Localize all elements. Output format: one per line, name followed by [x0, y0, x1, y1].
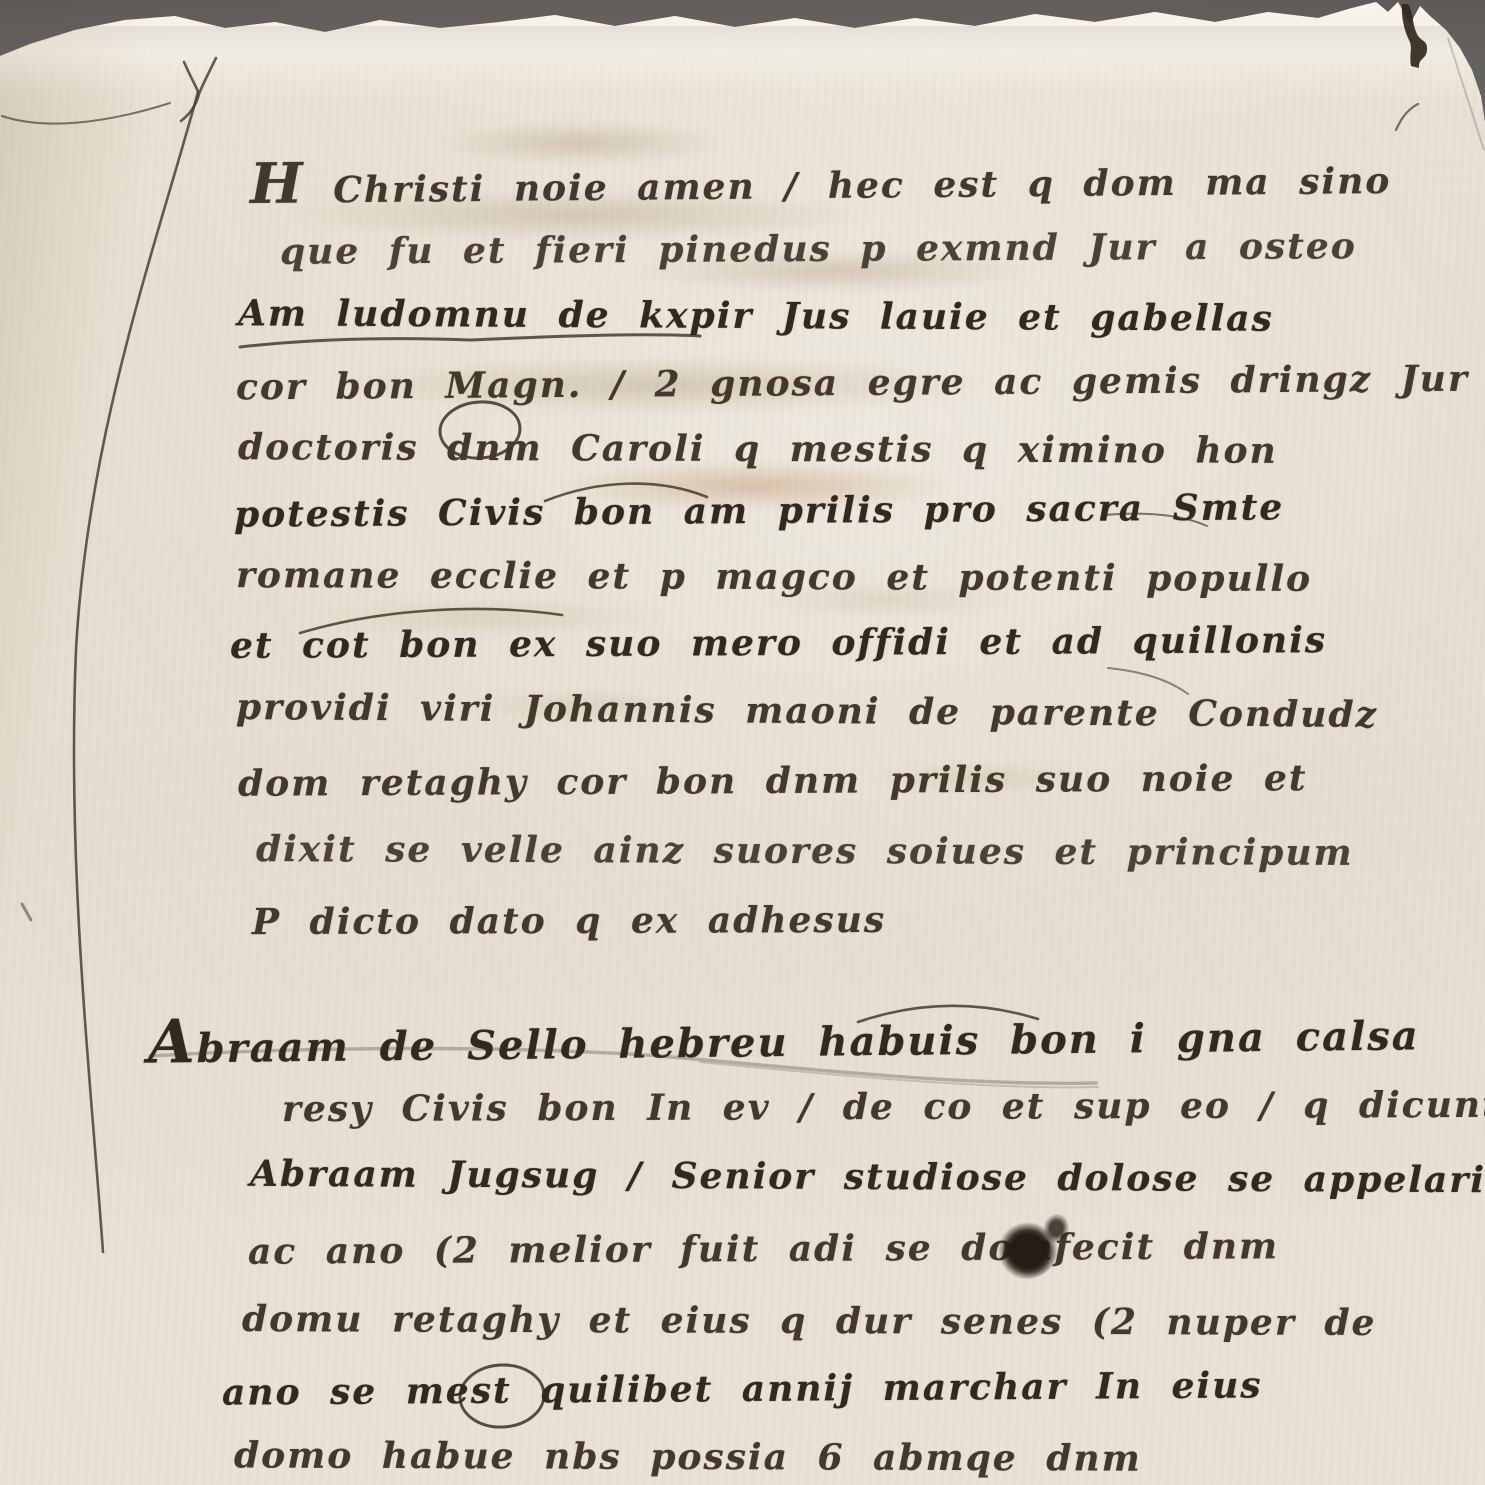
text-line: providi viri Johannis maoni de parente C… [236, 686, 1378, 736]
text-line: Am ludomnu de kxpir Jus lauie et gabella… [238, 292, 1274, 339]
text-line: doctoris dnm Caroli q mestis q ximino ho… [238, 426, 1278, 472]
text-line: et cot bon ex suo mero offidi et ad quil… [230, 619, 1327, 667]
text-line: que fu et fieri pinedus p exmnd Jur a os… [280, 225, 1357, 273]
text-line: cor bon Magn. / 2 gnosa egre ac gemis dr… [236, 358, 1469, 409]
text-line: ac ano (2 melior fuit adi se domfecit dn… [248, 1225, 1279, 1272]
text-line: H Christi noie amen / hec est q dom ma s… [250, 153, 1392, 212]
text-line: Abraam Jugsug / Senior studiose dolose s… [250, 1153, 1485, 1201]
text-line: dixit se velle ainz suores soiues et pri… [256, 828, 1354, 874]
text-line: ano se mest quilibet annij marchar In ei… [222, 1364, 1263, 1413]
text-line: domo habue nbs possia 6 abmqe dnm [234, 1434, 1142, 1479]
text-line: domu retaghy et eius q dur senes (2 nupe… [242, 1298, 1377, 1344]
text-line: P dicto dato q ex adhesus [252, 899, 886, 943]
manuscript-photo: H Christi noie amen / hec est q dom ma s… [0, 0, 1485, 1485]
text-line: potestis Civis bon am prilis pro sacra S… [234, 486, 1285, 535]
text-line: resy Civis bon In ev / de co et sup eo /… [282, 1084, 1485, 1130]
text-line: romane ecclie et p magco et potenti popu… [236, 554, 1312, 600]
text-line: dom retaghy cor bon dnm prilis suo noie … [238, 757, 1308, 805]
